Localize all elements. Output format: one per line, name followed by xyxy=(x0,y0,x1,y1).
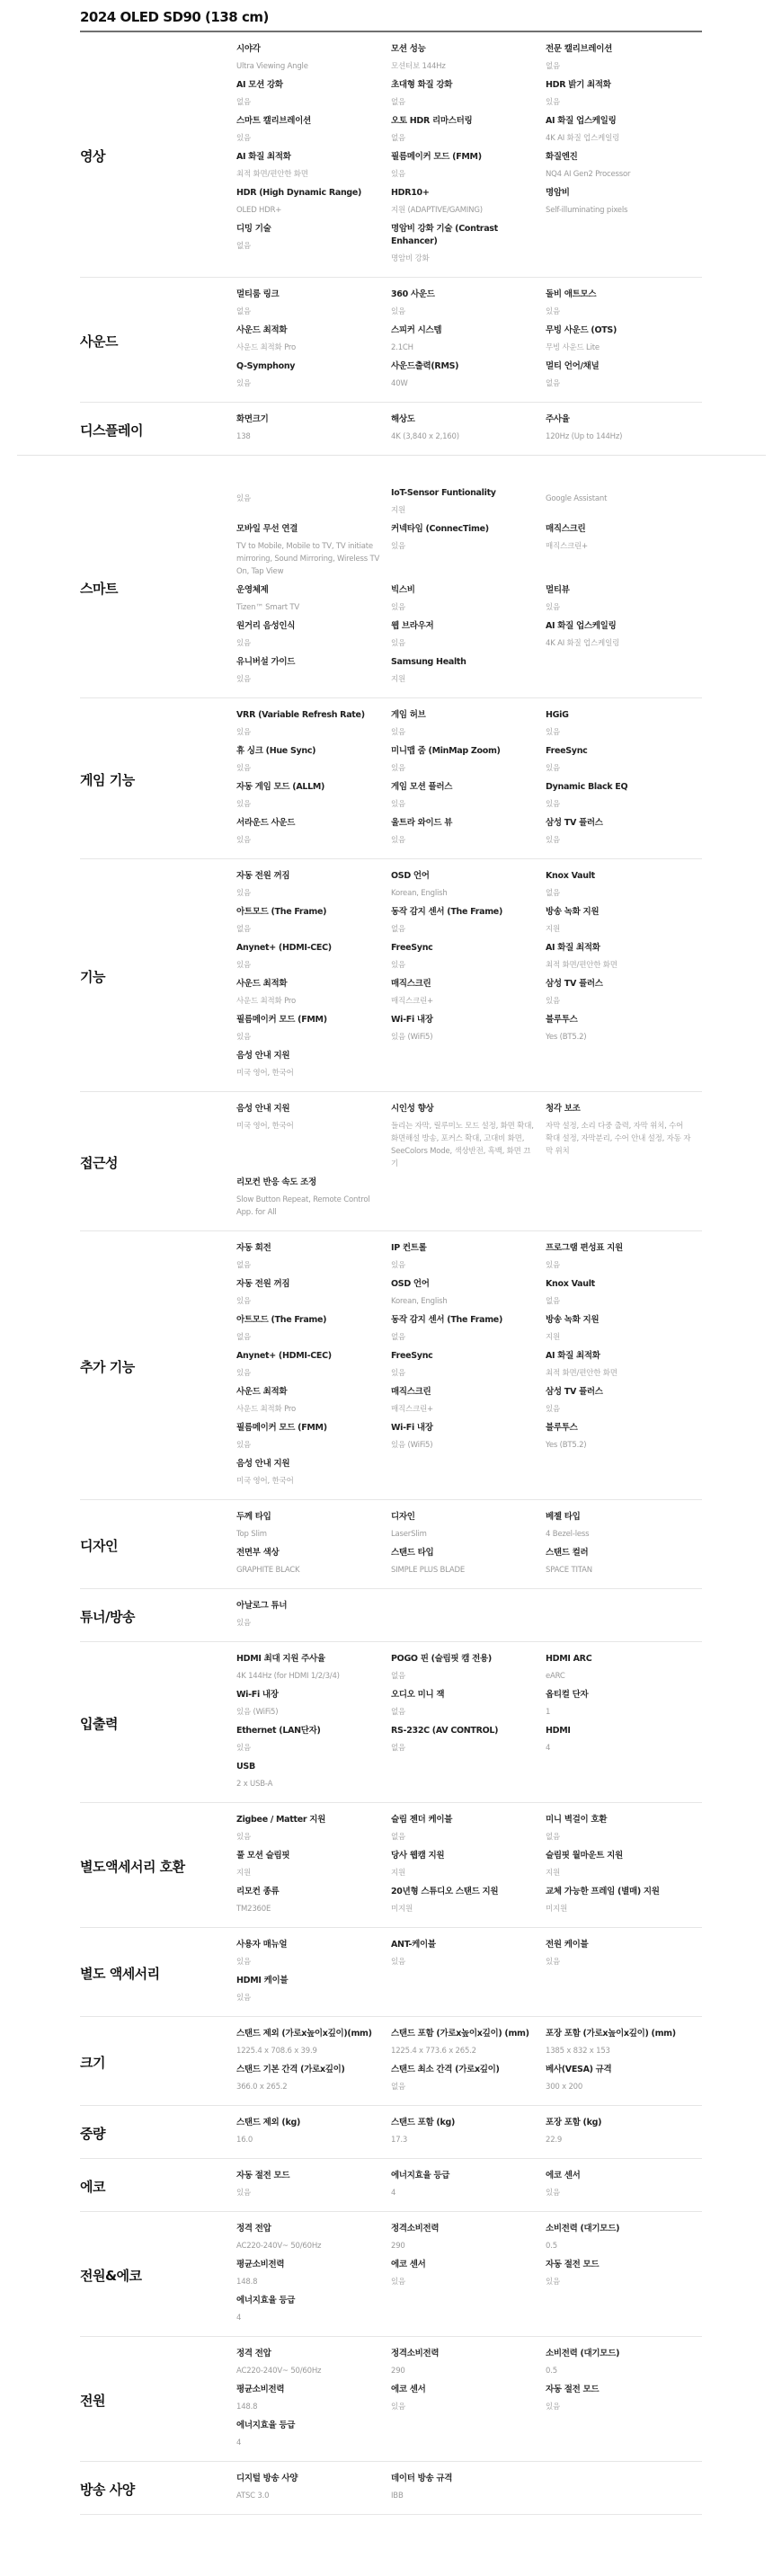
spec-value: 없음 xyxy=(391,1706,546,1719)
spec-grid: 정격 전압 AC220-240V~ 50/60Hz 정격소비전력 290 소비전… xyxy=(236,2348,702,2452)
spec-label: IP 컨트롤 xyxy=(391,1242,546,1255)
spec-value: 없음 xyxy=(391,1831,546,1843)
spec-item: 사운드출력(RMS) 40W xyxy=(391,360,546,393)
spec-value: eARC xyxy=(546,1670,700,1683)
spec-item: 필름메이커 모드 (FMM) 있음 xyxy=(236,1422,391,1454)
spec-item: 에코 센서 있음 xyxy=(391,2384,546,2416)
spec-item: 삼성 TV 플러스 있음 xyxy=(546,817,700,849)
spec-label: Wi-Fi 내장 xyxy=(391,1422,546,1435)
spec-value: 미지원 xyxy=(391,1903,546,1915)
spec-item: 매직스크린 매직스크린+ xyxy=(391,1386,546,1418)
spec-grid: 아날로그 튜너 있음 xyxy=(236,1600,702,1632)
spec-label: 360 사운드 xyxy=(391,289,546,301)
spec-value: 있음 xyxy=(236,1956,391,1968)
spec-value: 모션터보 144Hz xyxy=(391,60,546,73)
spec-value: 있음 xyxy=(391,2401,546,2413)
spec-item: 모바일 무선 연결 TV to Mobile, Mobile to TV, TV… xyxy=(236,523,391,581)
spec-label: 방송 녹화 지원 xyxy=(546,906,700,919)
spec-label: FreeSync xyxy=(391,1350,546,1363)
spec-value: 있음 xyxy=(546,762,700,775)
spec-label: 유니버설 가이드 xyxy=(236,656,391,669)
spec-label: 스탠드 타입 xyxy=(391,1547,546,1559)
spec-category-title: 크기 xyxy=(80,2028,236,2096)
spec-top-block: 2024 OLED SD90 (138 cm) 영상 시야각 Ultra Vie… xyxy=(80,5,702,456)
spec-label: Knox Vault xyxy=(546,1278,700,1291)
spec-item: IoT-Sensor Funtionality 지원 xyxy=(391,487,546,520)
spec-label: 오디오 미니 잭 xyxy=(391,1689,546,1701)
spec-item: Anynet+ (HDMI-CEC) 있음 xyxy=(236,1350,391,1382)
spec-value: 미국 영어, 한국어 xyxy=(236,1120,391,1133)
spec-item: 에너지효율 등급 4 xyxy=(236,2295,391,2327)
spec-value: Google Assistant xyxy=(546,493,700,505)
spec-value: 없음 xyxy=(391,96,546,109)
spec-value: 있음 xyxy=(236,493,391,505)
spec-label: 블루투스 xyxy=(546,1422,700,1435)
spec-grid: 자동 회전 없음 IP 컨트롤 있음 프로그램 편성표 지원 있음 자동 전원 … xyxy=(236,1242,702,1490)
spec-label: HDMI 케이블 xyxy=(236,1975,391,1987)
spec-grid: 사용자 매뉴얼 있음 ANT-케이블 있음 전원 케이블 있음 HDMI 케이블… xyxy=(236,1939,702,2007)
spec-item: 방송 녹화 지원 지원 xyxy=(546,906,700,938)
spec-item: ANT-케이블 있음 xyxy=(391,1939,546,1971)
spec-item: 베사(VESA) 규격 300 x 200 xyxy=(546,2064,700,2096)
spec-label: 교체 가능한 프레임 (별매) 지원 xyxy=(546,1886,700,1898)
spec-item: RS-232C (AV CONTROL) 없음 xyxy=(391,1725,546,1757)
spec-item: 20년형 스튜디오 스탠드 지원 미지원 xyxy=(391,1886,546,1918)
spec-label: 음성 안내 지원 xyxy=(236,1050,391,1062)
spec-value: 290 xyxy=(391,2240,546,2252)
spec-category-title: 입출력 xyxy=(80,1653,236,1793)
spec-label: 아트모드 (The Frame) xyxy=(236,1314,391,1327)
spec-value: 최적 화면/편안한 화면 xyxy=(236,168,391,181)
spec-label: Ethernet (LAN단자) xyxy=(236,1725,391,1737)
spec-label: Dynamic Black EQ xyxy=(546,781,700,794)
spec-item: 필름메이커 모드 (FMM) 있음 xyxy=(236,1014,391,1046)
spec-sections-bottom: 스마트 있음 IoT-Sensor Funtionality 지원 Google… xyxy=(80,476,702,2515)
spec-value: 138 xyxy=(236,431,391,443)
spec-item: 미니 벽걸이 호환 없음 xyxy=(546,1814,700,1846)
spec-section: 사운드 멀티룸 링크 없음 360 사운드 있음 돌비 애트모스 있음 사운드 … xyxy=(80,278,702,403)
spec-item: 매직스크린 매직스크린+ xyxy=(546,523,700,581)
spec-value: 미국 영어, 한국어 xyxy=(236,1067,391,1079)
spec-value: 지원 xyxy=(391,673,546,686)
spec-value: 있음 xyxy=(391,726,546,739)
spec-value: Slow Button Repeat, Remote Control App. … xyxy=(236,1194,391,1219)
spec-section: 크기 스탠드 제외 (가로x높이x깊이)(mm) 1225.4 x 708.6 … xyxy=(80,2017,702,2106)
spec-value: 없음 xyxy=(391,1331,546,1344)
spec-label: 아날로그 튜너 xyxy=(236,1600,391,1612)
spec-label: 삼성 TV 플러스 xyxy=(546,1386,700,1399)
spec-label: 정격 전압 xyxy=(236,2348,391,2360)
spec-label: 모션 성능 xyxy=(391,43,546,56)
spec-label: POGO 핀 (슬림핏 캠 전용) xyxy=(391,1653,546,1666)
spec-value: 명암비 강화 xyxy=(391,253,546,265)
spec-value: ATSC 3.0 xyxy=(236,2490,391,2502)
spec-label: 스탠드 제외 (가로x높이x깊이)(mm) xyxy=(236,2028,391,2040)
spec-item: 슬림핏 월마운트 지원 지원 xyxy=(546,1850,700,1882)
spec-value: 16.0 xyxy=(236,2134,391,2146)
spec-label: 당사 웹캠 지원 xyxy=(391,1850,546,1862)
spec-section: 입출력 HDMI 최대 지원 주사율 4K 144Hz (for HDMI 1/… xyxy=(80,1642,702,1803)
spec-label: HDR 밝기 최적화 xyxy=(546,79,700,92)
spec-grid: 시야각 Ultra Viewing Angle 모션 성능 모션터보 144Hz… xyxy=(236,43,702,268)
spec-label: VRR (Variable Refresh Rate) xyxy=(236,709,391,722)
spec-value: 없음 xyxy=(546,60,700,73)
spec-item: HDMI 4 xyxy=(546,1725,700,1757)
spec-label: 동작 감지 센서 (The Frame) xyxy=(391,906,546,919)
spec-label: 오토 HDR 리마스터링 xyxy=(391,115,546,128)
spec-value: 있음 xyxy=(236,959,391,972)
spec-item: 포장 포함 (kg) 22.9 xyxy=(546,2117,700,2149)
spec-category-title: 에코 xyxy=(80,2170,236,2202)
spec-value: 없음 xyxy=(391,1670,546,1683)
spec-label: 프로그램 편성표 지원 xyxy=(546,1242,700,1255)
spec-item: HDMI ARC eARC xyxy=(546,1653,700,1685)
spec-value: 290 xyxy=(391,2365,546,2377)
spec-label: 멀티뷰 xyxy=(546,584,700,597)
spec-label: 원거리 음성인식 xyxy=(236,620,391,633)
spec-item: 사운드 최적화 사운드 최적화 Pro xyxy=(236,1386,391,1418)
spec-label: USB xyxy=(236,1761,391,1773)
spec-item: 풀 모션 슬림핏 지원 xyxy=(236,1850,391,1882)
spec-item: 사운드 최적화 사운드 최적화 Pro xyxy=(236,978,391,1010)
spec-value: 있음 xyxy=(391,1367,546,1380)
spec-value: 있음 xyxy=(391,1259,546,1272)
spec-item: 스탠드 제외 (kg) 16.0 xyxy=(236,2117,391,2149)
spec-label: 디지털 방송 사양 xyxy=(236,2473,391,2485)
spec-item: 휴 싱크 (Hue Sync) 있음 xyxy=(236,745,391,777)
spec-item: 에너지효율 등급 4 xyxy=(391,2170,546,2202)
spec-value: 1 xyxy=(546,1706,700,1719)
spec-label: OSD 언어 xyxy=(391,870,546,883)
spec-section: 디스플레이 화면크기 138 해상도 4K (3,840 x 2,160) 주사… xyxy=(80,403,702,456)
spec-label: 베젤 타입 xyxy=(546,1511,700,1523)
spec-item: FreeSync 있음 xyxy=(391,1350,546,1382)
spec-item: 스탠드 제외 (가로x높이x깊이)(mm) 1225.4 x 708.6 x 3… xyxy=(236,2028,391,2060)
spec-value: 있음 xyxy=(236,2187,391,2199)
spec-item: 동작 감지 센서 (The Frame) 없음 xyxy=(391,906,546,938)
spec-label: 게임 모션 플러스 xyxy=(391,781,546,794)
spec-item: 원거리 음성인식 있음 xyxy=(236,620,391,653)
spec-label: 리모컨 종류 xyxy=(236,1886,391,1898)
spec-value: 2.1CH xyxy=(391,342,546,354)
spec-value: 17.3 xyxy=(391,2134,546,2146)
spec-value: 있음 xyxy=(236,1295,391,1308)
spec-label: 스탠드 최소 간격 (가로x깊이) xyxy=(391,2064,546,2076)
spec-value: 있음 xyxy=(546,834,700,847)
spec-value: 0.5 xyxy=(546,2240,700,2252)
spec-item: 자동 게임 모드 (ALLM) 있음 xyxy=(236,781,391,813)
spec-item: 음성 안내 지원 미국 영어, 한국어 xyxy=(236,1458,391,1490)
spec-label: 동작 감지 센서 (The Frame) xyxy=(391,1314,546,1327)
spec-label: AI 모션 강화 xyxy=(236,79,391,92)
spec-item: 음성 안내 지원 미국 영어, 한국어 xyxy=(236,1050,391,1082)
spec-value: 지원 xyxy=(236,1867,391,1879)
spec-label: 웹 브라우저 xyxy=(391,620,546,633)
spec-item: 게임 모션 플러스 있음 xyxy=(391,781,546,813)
spec-label: FreeSync xyxy=(546,745,700,758)
spec-item: Samsung Health 지원 xyxy=(391,656,546,688)
spec-label: 사용자 매뉴얼 xyxy=(236,1939,391,1951)
spec-value: 있음 xyxy=(546,1956,700,1968)
spec-grid: 자동 절전 모드 있음 에너지효율 등급 4 에코 센서 있음 xyxy=(236,2170,702,2202)
spec-value: 있음 xyxy=(391,168,546,181)
spec-item: HGiG 있음 xyxy=(546,709,700,742)
spec-item: 해상도 4K (3,840 x 2,160) xyxy=(391,413,546,446)
spec-item: 블루투스 Yes (BT5.2) xyxy=(546,1014,700,1046)
spec-label: 필름메이커 모드 (FMM) xyxy=(236,1014,391,1026)
spec-item: 스피커 시스템 2.1CH xyxy=(391,324,546,357)
spec-value: 매직스크린+ xyxy=(391,995,546,1008)
spec-value: 있음 xyxy=(236,132,391,145)
spec-label: AI 화질 최적화 xyxy=(236,151,391,164)
spec-item: 서라운드 사운드 있음 xyxy=(236,817,391,849)
spec-value: 있음 xyxy=(236,726,391,739)
spec-item: 있음 xyxy=(236,487,391,520)
spec-item: Knox Vault 없음 xyxy=(546,1278,700,1310)
spec-grid: 음성 안내 지원 미국 영어, 한국어 시인성 향상 들리는 자막, 릴루미노 … xyxy=(236,1103,702,1221)
spec-item: 정격 전압 AC220-240V~ 50/60Hz xyxy=(236,2223,391,2255)
spec-label: 필름메이커 모드 (FMM) xyxy=(236,1422,391,1435)
spec-item: Anynet+ (HDMI-CEC) 있음 xyxy=(236,942,391,974)
spec-label: 스탠드 포함 (kg) xyxy=(391,2117,546,2129)
spec-value: IBB xyxy=(391,2490,546,2502)
spec-item: Ethernet (LAN단자) 있음 xyxy=(236,1725,391,1757)
spec-label: 평균소비전력 xyxy=(236,2384,391,2396)
spec-category-title: 별도 액세서리 xyxy=(80,1939,236,2007)
spec-value: AC220-240V~ 50/60Hz xyxy=(236,2365,391,2377)
spec-value: 있음 xyxy=(236,1742,391,1754)
spec-label: Anynet+ (HDMI-CEC) xyxy=(236,942,391,955)
spec-value: 사운드 최적화 Pro xyxy=(236,1403,391,1416)
spec-label: 미니 벽걸이 호환 xyxy=(546,1814,700,1826)
spec-item: OSD 언어 Korean, English xyxy=(391,1278,546,1310)
spec-item: 명암비 Self-illuminating pixels xyxy=(546,187,700,219)
spec-item: Wi-Fi 내장 있음 (WiFi5) xyxy=(236,1689,391,1721)
spec-item: 빅스비 있음 xyxy=(391,584,546,617)
spec-item: 자동 절전 모드 있음 xyxy=(236,2170,391,2202)
spec-item: AI 화질 최적화 최적 화면/편안한 화면 xyxy=(546,942,700,974)
spec-label: RS-232C (AV CONTROL) xyxy=(391,1725,546,1737)
spec-item: 데이터 방송 규격 IBB xyxy=(391,2473,546,2505)
spec-value: 있음 xyxy=(391,1956,546,1968)
spec-category-title: 접근성 xyxy=(80,1103,236,1221)
spec-item: 멀티 언어/채널 없음 xyxy=(546,360,700,393)
spec-label: 소비전력 (대기모드) xyxy=(546,2223,700,2235)
spec-value: 22.9 xyxy=(546,2134,700,2146)
spec-label: 자동 전원 꺼짐 xyxy=(236,1278,391,1291)
spec-item: 아트모드 (The Frame) 없음 xyxy=(236,1314,391,1346)
spec-item: HDR10+ 지원 (ADAPTIVE/GAMING) xyxy=(391,187,546,219)
spec-value: 있음 xyxy=(236,1831,391,1843)
spec-label: 스탠드 컬러 xyxy=(546,1547,700,1559)
spec-label: 자동 회전 xyxy=(236,1242,391,1255)
spec-label: 평균소비전력 xyxy=(236,2259,391,2271)
spec-item: 평균소비전력 148.8 xyxy=(236,2259,391,2291)
spec-section: 게임 기능 VRR (Variable Refresh Rate) 있음 게임 … xyxy=(80,698,702,859)
spec-item: 정격 전압 AC220-240V~ 50/60Hz xyxy=(236,2348,391,2380)
spec-grid: 멀티룸 링크 없음 360 사운드 있음 돌비 애트모스 있음 사운드 최적화 … xyxy=(236,289,702,393)
spec-label: HDMI xyxy=(546,1725,700,1737)
spec-grid: HDMI 최대 지원 주사율 4K 144Hz (for HDMI 1/2/3/… xyxy=(236,1653,702,1793)
spec-grid: 있음 IoT-Sensor Funtionality 지원 Google Ass… xyxy=(236,487,702,688)
spec-value: 최적 화면/편안한 화면 xyxy=(546,959,700,972)
spec-value: 1385 x 832 x 153 xyxy=(546,2045,700,2057)
spec-item: Wi-Fi 내장 있음 (WiFi5) xyxy=(391,1014,546,1046)
spec-grid: 스탠드 제외 (kg) 16.0 스탠드 포함 (kg) 17.3 포장 포함 … xyxy=(236,2117,702,2149)
spec-item: USB 2 x USB-A xyxy=(236,1761,391,1793)
spec-category-title: 방송 사양 xyxy=(80,2473,236,2505)
spec-label: 스피커 시스템 xyxy=(391,324,546,337)
spec-value: 있음 xyxy=(546,96,700,109)
spec-label: 전문 캘리브레이션 xyxy=(546,43,700,56)
spec-item: 필름메이커 모드 (FMM) 있음 xyxy=(391,151,546,183)
spec-item: 당사 웹캠 지원 지원 xyxy=(391,1850,546,1882)
spec-item: 오토 HDR 리마스터링 없음 xyxy=(391,115,546,147)
spec-label: 전원 케이블 xyxy=(546,1939,700,1951)
spec-section: 디자인 두께 타입 Top Slim 디자인 LaserSlim 베젤 타입 4… xyxy=(80,1500,702,1589)
spec-section: 튜너/방송 아날로그 튜너 있음 xyxy=(80,1589,702,1642)
spec-value: 매직스크린+ xyxy=(546,540,700,553)
spec-label: 자동 절전 모드 xyxy=(236,2170,391,2182)
spec-item: 아트모드 (The Frame) 없음 xyxy=(236,906,391,938)
spec-item: 스탠드 기본 간격 (가로x깊이) 366.0 x 265.2 xyxy=(236,2064,391,2096)
spec-value: LaserSlim xyxy=(391,1528,546,1541)
spec-label: 스탠드 포함 (가로x높이x깊이) (mm) xyxy=(391,2028,546,2040)
spec-item: AI 화질 최적화 최적 화면/편안한 화면 xyxy=(236,151,391,183)
spec-label: 모바일 무선 연결 xyxy=(236,523,391,536)
spec-value: 있음 xyxy=(391,306,546,318)
spec-item: 에코 센서 있음 xyxy=(546,2170,700,2202)
spec-label: 미니맵 줌 (MinMap Zoom) xyxy=(391,745,546,758)
spec-value: 4K AI 화질 업스케일링 xyxy=(546,637,700,650)
spec-item: FreeSync 있음 xyxy=(546,745,700,777)
spec-value: 있음 xyxy=(391,601,546,614)
spec-section: 전원 정격 전압 AC220-240V~ 50/60Hz 정격소비전력 290 … xyxy=(80,2337,702,2462)
spec-item: 자동 회전 없음 xyxy=(236,1242,391,1275)
spec-category-title: 사운드 xyxy=(80,289,236,393)
spec-item: AI 화질 업스케일링 4K AI 화질 업스케일링 xyxy=(546,115,700,147)
spec-label: 명암비 xyxy=(546,187,700,200)
spec-value: 없음 xyxy=(546,1831,700,1843)
spec-item: 멀티룸 링크 없음 xyxy=(236,289,391,321)
spec-category-title: 전원&에코 xyxy=(80,2223,236,2327)
spec-value: 없음 xyxy=(391,923,546,936)
spec-item: 음성 안내 지원 미국 영어, 한국어 xyxy=(236,1103,391,1173)
spec-value: 4K AI 화질 업스케일링 xyxy=(546,132,700,145)
spec-value: 1225.4 x 708.6 x 39.9 xyxy=(236,2045,391,2057)
spec-item: 아날로그 튜너 있음 xyxy=(236,1600,391,1632)
spec-label: 두께 타입 xyxy=(236,1511,391,1523)
spec-value: 있음 xyxy=(391,762,546,775)
spec-value: Ultra Viewing Angle xyxy=(236,60,391,73)
spec-item: 전문 캘리브레이션 없음 xyxy=(546,43,700,76)
spec-item: 청각 보조 자막 설정, 소리 다중 출력, 자막 위치, 수어 확대 설정, … xyxy=(546,1103,700,1173)
spec-value: 있음 xyxy=(236,378,391,390)
spec-value: 들리는 자막, 릴루미노 모드 설정, 화면 확대, 화면해설 방송, 포커스 … xyxy=(391,1120,546,1170)
spec-item: 블루투스 Yes (BT5.2) xyxy=(546,1422,700,1454)
spec-label: 정격소비전력 xyxy=(391,2223,546,2235)
spec-item: 디자인 LaserSlim xyxy=(391,1511,546,1543)
spec-value: 2 x USB-A xyxy=(236,1778,391,1790)
spec-value: 4K 144Hz (for HDMI 1/2/3/4) xyxy=(236,1670,391,1683)
spec-value: GRAPHITE BLACK xyxy=(236,1564,391,1577)
spec-label: AI 화질 업스케일링 xyxy=(546,620,700,633)
spec-item: 디밍 기술 없음 xyxy=(236,223,391,268)
spec-value: 4K (3,840 x 2,160) xyxy=(391,431,546,443)
spec-value: 있음 xyxy=(391,540,546,553)
spec-item: 360 사운드 있음 xyxy=(391,289,546,321)
spec-item: 동작 감지 센서 (The Frame) 없음 xyxy=(391,1314,546,1346)
spec-value: 있음 xyxy=(391,637,546,650)
spec-value: 지원 xyxy=(391,504,546,517)
spec-section: 중량 스탠드 제외 (kg) 16.0 스탠드 포함 (kg) 17.3 포장 … xyxy=(80,2106,702,2159)
spec-item: 자동 절전 모드 있음 xyxy=(546,2259,700,2291)
spec-value: 없음 xyxy=(391,1742,546,1754)
spec-label: 사운드출력(RMS) xyxy=(391,360,546,373)
spec-value: 4 xyxy=(391,2187,546,2199)
spec-category-title: 중량 xyxy=(80,2117,236,2149)
spec-value: 40W xyxy=(391,378,546,390)
spec-value: Korean, English xyxy=(391,1295,546,1308)
spec-value: 있음 (WiFi5) xyxy=(391,1031,546,1044)
spec-item: 미니맵 줌 (MinMap Zoom) 있음 xyxy=(391,745,546,777)
spec-item: 방송 녹화 지원 지원 xyxy=(546,1314,700,1346)
spec-label: 소비전력 (대기모드) xyxy=(546,2348,700,2360)
spec-grid: 정격 전압 AC220-240V~ 50/60Hz 정격소비전력 290 소비전… xyxy=(236,2223,702,2327)
spec-label: Q-Symphony xyxy=(236,360,391,373)
spec-value: 있음 xyxy=(546,2276,700,2288)
spec-label: 멀티룸 링크 xyxy=(236,289,391,301)
spec-label: 사운드 최적화 xyxy=(236,1386,391,1399)
spec-item: 교체 가능한 프레임 (별매) 지원 미지원 xyxy=(546,1886,700,1918)
spec-value: 4 Bezel-less xyxy=(546,1528,700,1541)
spec-label: 스탠드 제외 (kg) xyxy=(236,2117,391,2129)
spec-value: 있음 xyxy=(236,1617,391,1630)
spec-label: 전면부 색상 xyxy=(236,1547,391,1559)
spec-label: IoT-Sensor Funtionality xyxy=(391,487,546,500)
spec-item: 화면크기 138 xyxy=(236,413,391,446)
spec-label: AI 화질 최적화 xyxy=(546,1350,700,1363)
spec-value: 1225.4 x 773.6 x 265.2 xyxy=(391,2045,546,2057)
spec-value: 없음 xyxy=(236,923,391,936)
spec-label: 리모컨 반응 속도 조정 xyxy=(236,1177,391,1189)
spec-label: 매직스크린 xyxy=(391,1386,546,1399)
spec-label: 스탠드 기본 간격 (가로x깊이) xyxy=(236,2064,391,2076)
spec-grid: VRR (Variable Refresh Rate) 있음 게임 허브 있음 … xyxy=(236,709,702,849)
spec-value: 없음 xyxy=(236,306,391,318)
spec-value: 있음 xyxy=(546,726,700,739)
spec-item: 스마트 캘리브레이션 있음 xyxy=(236,115,391,147)
spec-label: 시야각 xyxy=(236,43,391,56)
spec-label: 매직스크린 xyxy=(391,978,546,990)
spec-label: 돌비 애트모스 xyxy=(546,289,700,301)
spec-item: 정격소비전력 290 xyxy=(391,2223,546,2255)
spec-item: 화질엔진 NQ4 AI Gen2 Processor xyxy=(546,151,700,183)
spec-label: Wi-Fi 내장 xyxy=(391,1014,546,1026)
spec-item: 스탠드 컬러 SPACE TITAN xyxy=(546,1547,700,1579)
spec-label: 울트라 와이드 뷰 xyxy=(391,817,546,830)
spec-value: 사운드 최적화 Pro xyxy=(236,995,391,1008)
spec-item: 커넥타임 (ConnecTime) 있음 xyxy=(391,523,546,581)
spec-item: 자동 전원 꺼짐 있음 xyxy=(236,1278,391,1310)
spec-item: 옵티컬 단자 1 xyxy=(546,1689,700,1721)
spec-value: 0.5 xyxy=(546,2365,700,2377)
spec-label: 옵티컬 단자 xyxy=(546,1689,700,1701)
spec-section: 접근성 음성 안내 지원 미국 영어, 한국어 시인성 향상 들리는 자막, 릴… xyxy=(80,1092,702,1231)
spec-section: 별도액세서리 호환 Zigbee / Matter 지원 있음 슬림 젠더 케이… xyxy=(80,1803,702,1928)
spec-label: 에너지효율 등급 xyxy=(236,2295,391,2307)
spec-item: IP 컨트롤 있음 xyxy=(391,1242,546,1275)
